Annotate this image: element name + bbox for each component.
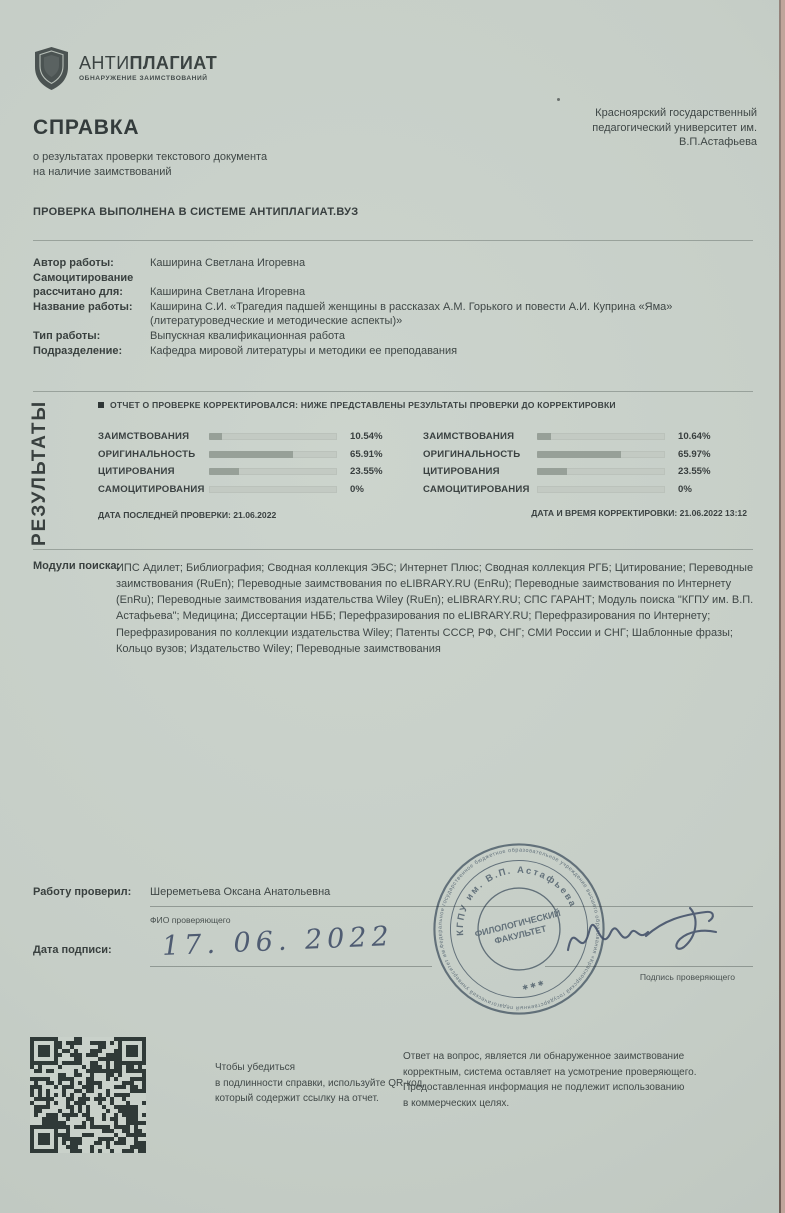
sign-date-label: Дата подписи:	[33, 944, 112, 956]
info-row-department: Подразделение: Кафедра мировой литератур…	[33, 344, 755, 359]
metric-bar-fill	[209, 468, 239, 475]
metric-bar	[537, 433, 665, 440]
metric-label: САМОЦИТИРОВАНИЯ	[423, 484, 537, 495]
system-line: ПРОВЕРКА ВЫПОЛНЕНА В СИСТЕМЕ АНТИПЛАГИАТ…	[33, 206, 358, 218]
info-label: Подразделение:	[33, 344, 150, 359]
metric-value: 0%	[678, 484, 692, 495]
metric-bar	[209, 486, 337, 493]
paper-speck	[557, 98, 560, 101]
brand-name: АНТИПЛАГИАТ	[79, 53, 217, 74]
metric-bar	[537, 468, 665, 475]
metric-value: 10.54%	[350, 431, 383, 442]
metric-value: 23.55%	[678, 466, 711, 477]
info-value: Каширина Светлана Игоревна	[150, 285, 755, 300]
metric-bar	[209, 433, 337, 440]
metric-bar	[209, 468, 337, 475]
metric-row: САМОЦИТИРОВАНИЯ 0%	[423, 481, 753, 499]
metric-label: ЦИТИРОВАНИЯ	[98, 466, 209, 477]
metric-bar	[537, 486, 665, 493]
info-row-author: Автор работы: Каширина Светлана Игоревна	[33, 256, 755, 271]
square-bullet-icon	[98, 402, 104, 408]
metric-label: ЗАИМСТВОВАНИЯ	[98, 431, 209, 442]
handwritten-date: 17. 06. 2022	[161, 921, 394, 962]
disclaimer-text: Ответ на вопрос, является ли обнаруженно…	[403, 1049, 763, 1111]
search-modules-label: Модули поиска:	[33, 560, 120, 572]
metric-bar	[209, 451, 337, 458]
antiplagiat-shield-icon	[33, 46, 70, 91]
info-value: Кафедра мировой литературы и методики ее…	[150, 344, 755, 359]
metric-row: ОРИГИНАЛЬНОСТЬ 65.91%	[98, 446, 418, 464]
brand-tagline: ОБНАРУЖЕНИЕ ЗАИМСТВОВАНИЙ	[79, 75, 217, 82]
correction-date: ДАТА И ВРЕМЯ КОРРЕКТИРОВКИ: 21.06.2022 1…	[531, 508, 747, 518]
metric-bar-fill	[537, 433, 551, 440]
metric-value: 65.97%	[678, 449, 711, 460]
metric-row: САМОЦИТИРОВАНИЯ 0%	[98, 481, 418, 499]
page-subtitle: о результатах проверки текстового докуме…	[33, 150, 453, 180]
info-label: Тип работы:	[33, 329, 150, 344]
metric-row: ЗАИМСТВОВАНИЯ 10.64%	[423, 428, 753, 446]
metric-label: ЗАИМСТВОВАНИЯ	[423, 431, 537, 442]
divider	[33, 391, 753, 392]
metric-bar	[537, 451, 665, 458]
stamp-stars: ✱ ✱ ✱	[522, 979, 545, 992]
date-line	[150, 966, 432, 967]
results-section: РЕЗУЛЬТАТЫ ОТЧЕТ О ПРОВЕРКЕ КОРРЕКТИРОВА…	[33, 398, 755, 548]
results-column-right: ЗАИМСТВОВАНИЯ 10.64% ОРИГИНАЛЬНОСТЬ 65.9…	[423, 428, 753, 498]
metric-value: 23.55%	[350, 466, 383, 477]
info-row-selfcite: Самоцитирование рассчитано для: Каширина…	[33, 271, 755, 300]
page-title: СПРАВКА	[33, 116, 139, 140]
results-note-text: ОТЧЕТ О ПРОВЕРКЕ КОРРЕКТИРОВАЛСЯ: НИЖЕ П…	[110, 400, 616, 410]
info-row-title: Название работы: Каширина С.И. «Трагедия…	[33, 300, 755, 329]
info-row-type: Тип работы: Выпускная квалификационная р…	[33, 329, 755, 344]
info-value: Выпускная квалификационная работа	[150, 329, 755, 344]
divider	[33, 549, 753, 550]
search-modules-list: ИПС Адилет; Библиография; Сводная коллек…	[116, 560, 756, 657]
results-column-left: ЗАИМСТВОВАНИЯ 10.54% ОРИГИНАЛЬНОСТЬ 65.9…	[98, 428, 418, 498]
info-label: Название работы:	[33, 300, 150, 329]
photo-background	[781, 0, 785, 1213]
university-name: Красноярский государственный педагогичес…	[427, 106, 757, 150]
info-label: Автор работы:	[33, 256, 150, 271]
metric-value: 65.91%	[350, 449, 383, 460]
checked-by-caption: ФИО проверяющего	[150, 915, 231, 925]
metric-label: ОРИГИНАЛЬНОСТЬ	[98, 449, 209, 460]
metric-bar-fill	[537, 451, 621, 458]
document-info: Автор работы: Каширина Светлана Игоревна…	[33, 256, 755, 358]
metric-label: ЦИТИРОВАНИЯ	[423, 466, 537, 477]
metric-row: ЦИТИРОВАНИЯ 23.55%	[98, 463, 418, 481]
info-value: Каширина Светлана Игоревна	[150, 256, 755, 271]
metric-bar-fill	[537, 468, 567, 475]
metric-value: 0%	[350, 484, 364, 495]
logo-text: АНТИПЛАГИАТ ОБНАРУЖЕНИЕ ЗАИМСТВОВАНИЙ	[79, 53, 217, 82]
metric-row: ЗАИМСТВОВАНИЯ 10.54%	[98, 428, 418, 446]
checked-by-name: Шереметьева Оксана Анатольевна	[150, 886, 330, 898]
divider	[33, 240, 753, 241]
brand-bold: ПЛАГИАТ	[130, 53, 218, 73]
info-label: Самоцитирование рассчитано для:	[33, 271, 150, 300]
metric-bar-fill	[209, 451, 293, 458]
metric-value: 10.64%	[678, 431, 711, 442]
info-value: Каширина С.И. «Трагедия падшей женщины в…	[150, 300, 755, 329]
reviewer-signature	[562, 900, 740, 966]
results-section-title: РЕЗУЛЬТАТЫ	[29, 398, 51, 548]
metric-bar-fill	[209, 433, 222, 440]
checked-by-label: Работу проверил:	[33, 886, 131, 898]
metric-row: ЦИТИРОВАНИЯ 23.55%	[423, 463, 753, 481]
document-page: АНТИПЛАГИАТ ОБНАРУЖЕНИЕ ЗАИМСТВОВАНИЙ Кр…	[0, 0, 779, 1213]
brand-regular: АНТИ	[79, 53, 130, 73]
metric-row: ОРИГИНАЛЬНОСТЬ 65.97%	[423, 446, 753, 464]
qr-code	[30, 1037, 146, 1153]
metric-label: САМОЦИТИРОВАНИЯ	[98, 484, 209, 495]
results-note: ОТЧЕТ О ПРОВЕРКЕ КОРРЕКТИРОВАЛСЯ: НИЖЕ П…	[98, 400, 616, 410]
last-check-date: ДАТА ПОСЛЕДНЕЙ ПРОВЕРКИ: 21.06.2022	[98, 510, 276, 520]
metric-label: ОРИГИНАЛЬНОСТЬ	[423, 449, 537, 460]
